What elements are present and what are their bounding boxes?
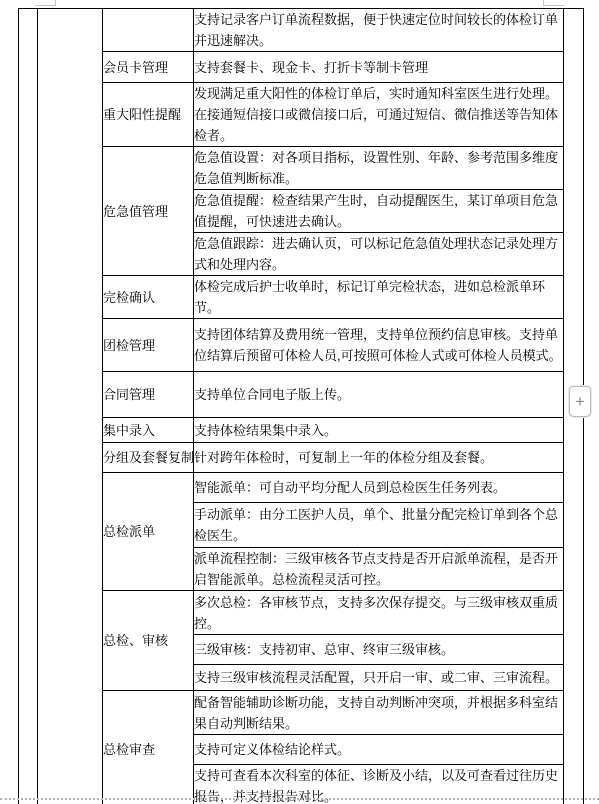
feature-cell: 危急值管理 [103, 147, 194, 276]
feature-cell: 完检确认 [103, 276, 194, 319]
feature-table: 支持记录客户订单流程数据，便于快速定位时间较长的体检订单并迅速解决。 会员卡管理… [18, 8, 584, 804]
feature-cell: 总检、审核 [103, 591, 194, 691]
description-cell: 体检完成后护士收单时，标记订单完检状态，进如总检派单环节。 [194, 276, 564, 319]
feature-cell: 团检管理 [103, 319, 194, 372]
feature-cell: 集中录入 [103, 418, 194, 443]
table-row: 团检管理 支持团体结算及费用统一管理，支持单位预约信息审核。支持单位结算后预留可… [19, 319, 584, 372]
table-row: 重大阳性提醒 发现满足重大阳性的体检订单后，实时通知科室医生进行处理。在接通短信… [19, 83, 584, 147]
feature-cell: 总检派单 [103, 473, 194, 591]
table-row: 合同管理 支持单位合同电子版上传。 [19, 372, 584, 418]
page-boundary-dotted-line [0, 798, 599, 800]
description-cell: 智能派单：可自动平均分配人员到总检医生任务列表。 [194, 473, 564, 503]
description-cell: 发现满足重大阳性的体检订单后，实时通知科室医生进行处理。在接通短信接口或微信接口… [194, 83, 564, 147]
table-row: 分组及套餐复制 针对跨年体检时，可复制上一年的体检分组及套餐。 [19, 443, 584, 473]
description-cell: 危急值跟踪：进去确认页，可以标记危急值处理状态记录处理方式和处理内容。 [194, 233, 564, 276]
description-cell: 支持团体结算及费用统一管理，支持单位预约信息审核。支持单位结算后预留可体检人员,… [194, 319, 564, 372]
text-boundary-mark-top-right [543, 5, 564, 6]
table-row: 总检派单 智能派单：可自动平均分配人员到总检医生任务列表。 [19, 473, 584, 503]
insert-button[interactable]: + [569, 386, 591, 417]
text-boundary-mark-top-left [35, 5, 56, 6]
description-cell: 派单流程控制：三级审核各节点支持是否开启派单流程，是否开启智能派单。总检流程灵活… [194, 548, 564, 591]
row-number-column [19, 9, 38, 804]
description-cell: 支持记录客户订单流程数据，便于快速定位时间较长的体检订单并迅速解决。 [194, 9, 564, 52]
plus-icon: + [575, 392, 585, 412]
description-cell: 针对跨年体检时，可复制上一年的体检分组及套餐。 [194, 443, 564, 473]
table-row: 危急值管理 危急值设置：对各项目指标，设置性别、年龄、参考范围多维度危急值判断标… [19, 147, 584, 190]
table-row: 支持记录客户订单流程数据，便于快速定位时间较长的体检订单并迅速解决。 [19, 9, 584, 52]
description-cell: 支持单位合同电子版上传。 [194, 372, 564, 418]
table-row: 会员卡管理 支持套餐卡、现金卡、打折卡等制卡管理 [19, 52, 584, 83]
description-cell: 支持可定义体检结论样式。 [194, 735, 564, 765]
feature-cell [103, 9, 194, 52]
table-row: 总检审查 配备智能辅助诊断功能，支持自动判断冲突项，并根据多科室结果自动判断结果… [19, 691, 584, 735]
feature-cell: 会员卡管理 [103, 52, 194, 83]
table-row: 总检、审核 多次总检：各审核节点，支持多次保存提交。与三级审核双重质控。 [19, 591, 584, 635]
description-cell: 配备智能辅助诊断功能，支持自动判断冲突项，并根据多科室结果自动判断结果。 [194, 691, 564, 735]
feature-cell: 分组及套餐复制 [103, 443, 194, 473]
table-row: 集中录入 支持体检结果集中录入。 [19, 418, 584, 443]
description-cell: 三级审核：支持初审、总审、终审三级审核。 [194, 635, 564, 665]
description-cell: 危急值设置：对各项目指标，设置性别、年龄、参考范围多维度危急值判断标准。 [194, 147, 564, 190]
description-cell: 手动派单：由分工医护人员，单个、批量分配完检订单到各个总检医生。 [194, 503, 564, 548]
description-cell: 支持三级审核流程灵活配置，只开启一审、或二审、三审流程。 [194, 665, 564, 691]
feature-cell: 重大阳性提醒 [103, 83, 194, 147]
description-cell: 支持套餐卡、现金卡、打折卡等制卡管理 [194, 52, 564, 83]
text-boundary-mark-top-left [55, 0, 56, 6]
feature-cell: 合同管理 [103, 372, 194, 418]
table-row: 完检确认 体检完成后护士收单时，标记订单完检状态，进如总检派单环节。 [19, 276, 584, 319]
category-column [38, 9, 103, 804]
description-cell: 危急值提醒：检查结果产生时，自动提醒医生，某订单项目危急值提醒，可快速进去确认。 [194, 190, 564, 233]
description-cell: 多次总检：各审核节点，支持多次保存提交。与三级审核双重质控。 [194, 591, 564, 635]
feature-cell: 总检审查 [103, 691, 194, 804]
description-cell: 支持体检结果集中录入。 [194, 418, 564, 443]
